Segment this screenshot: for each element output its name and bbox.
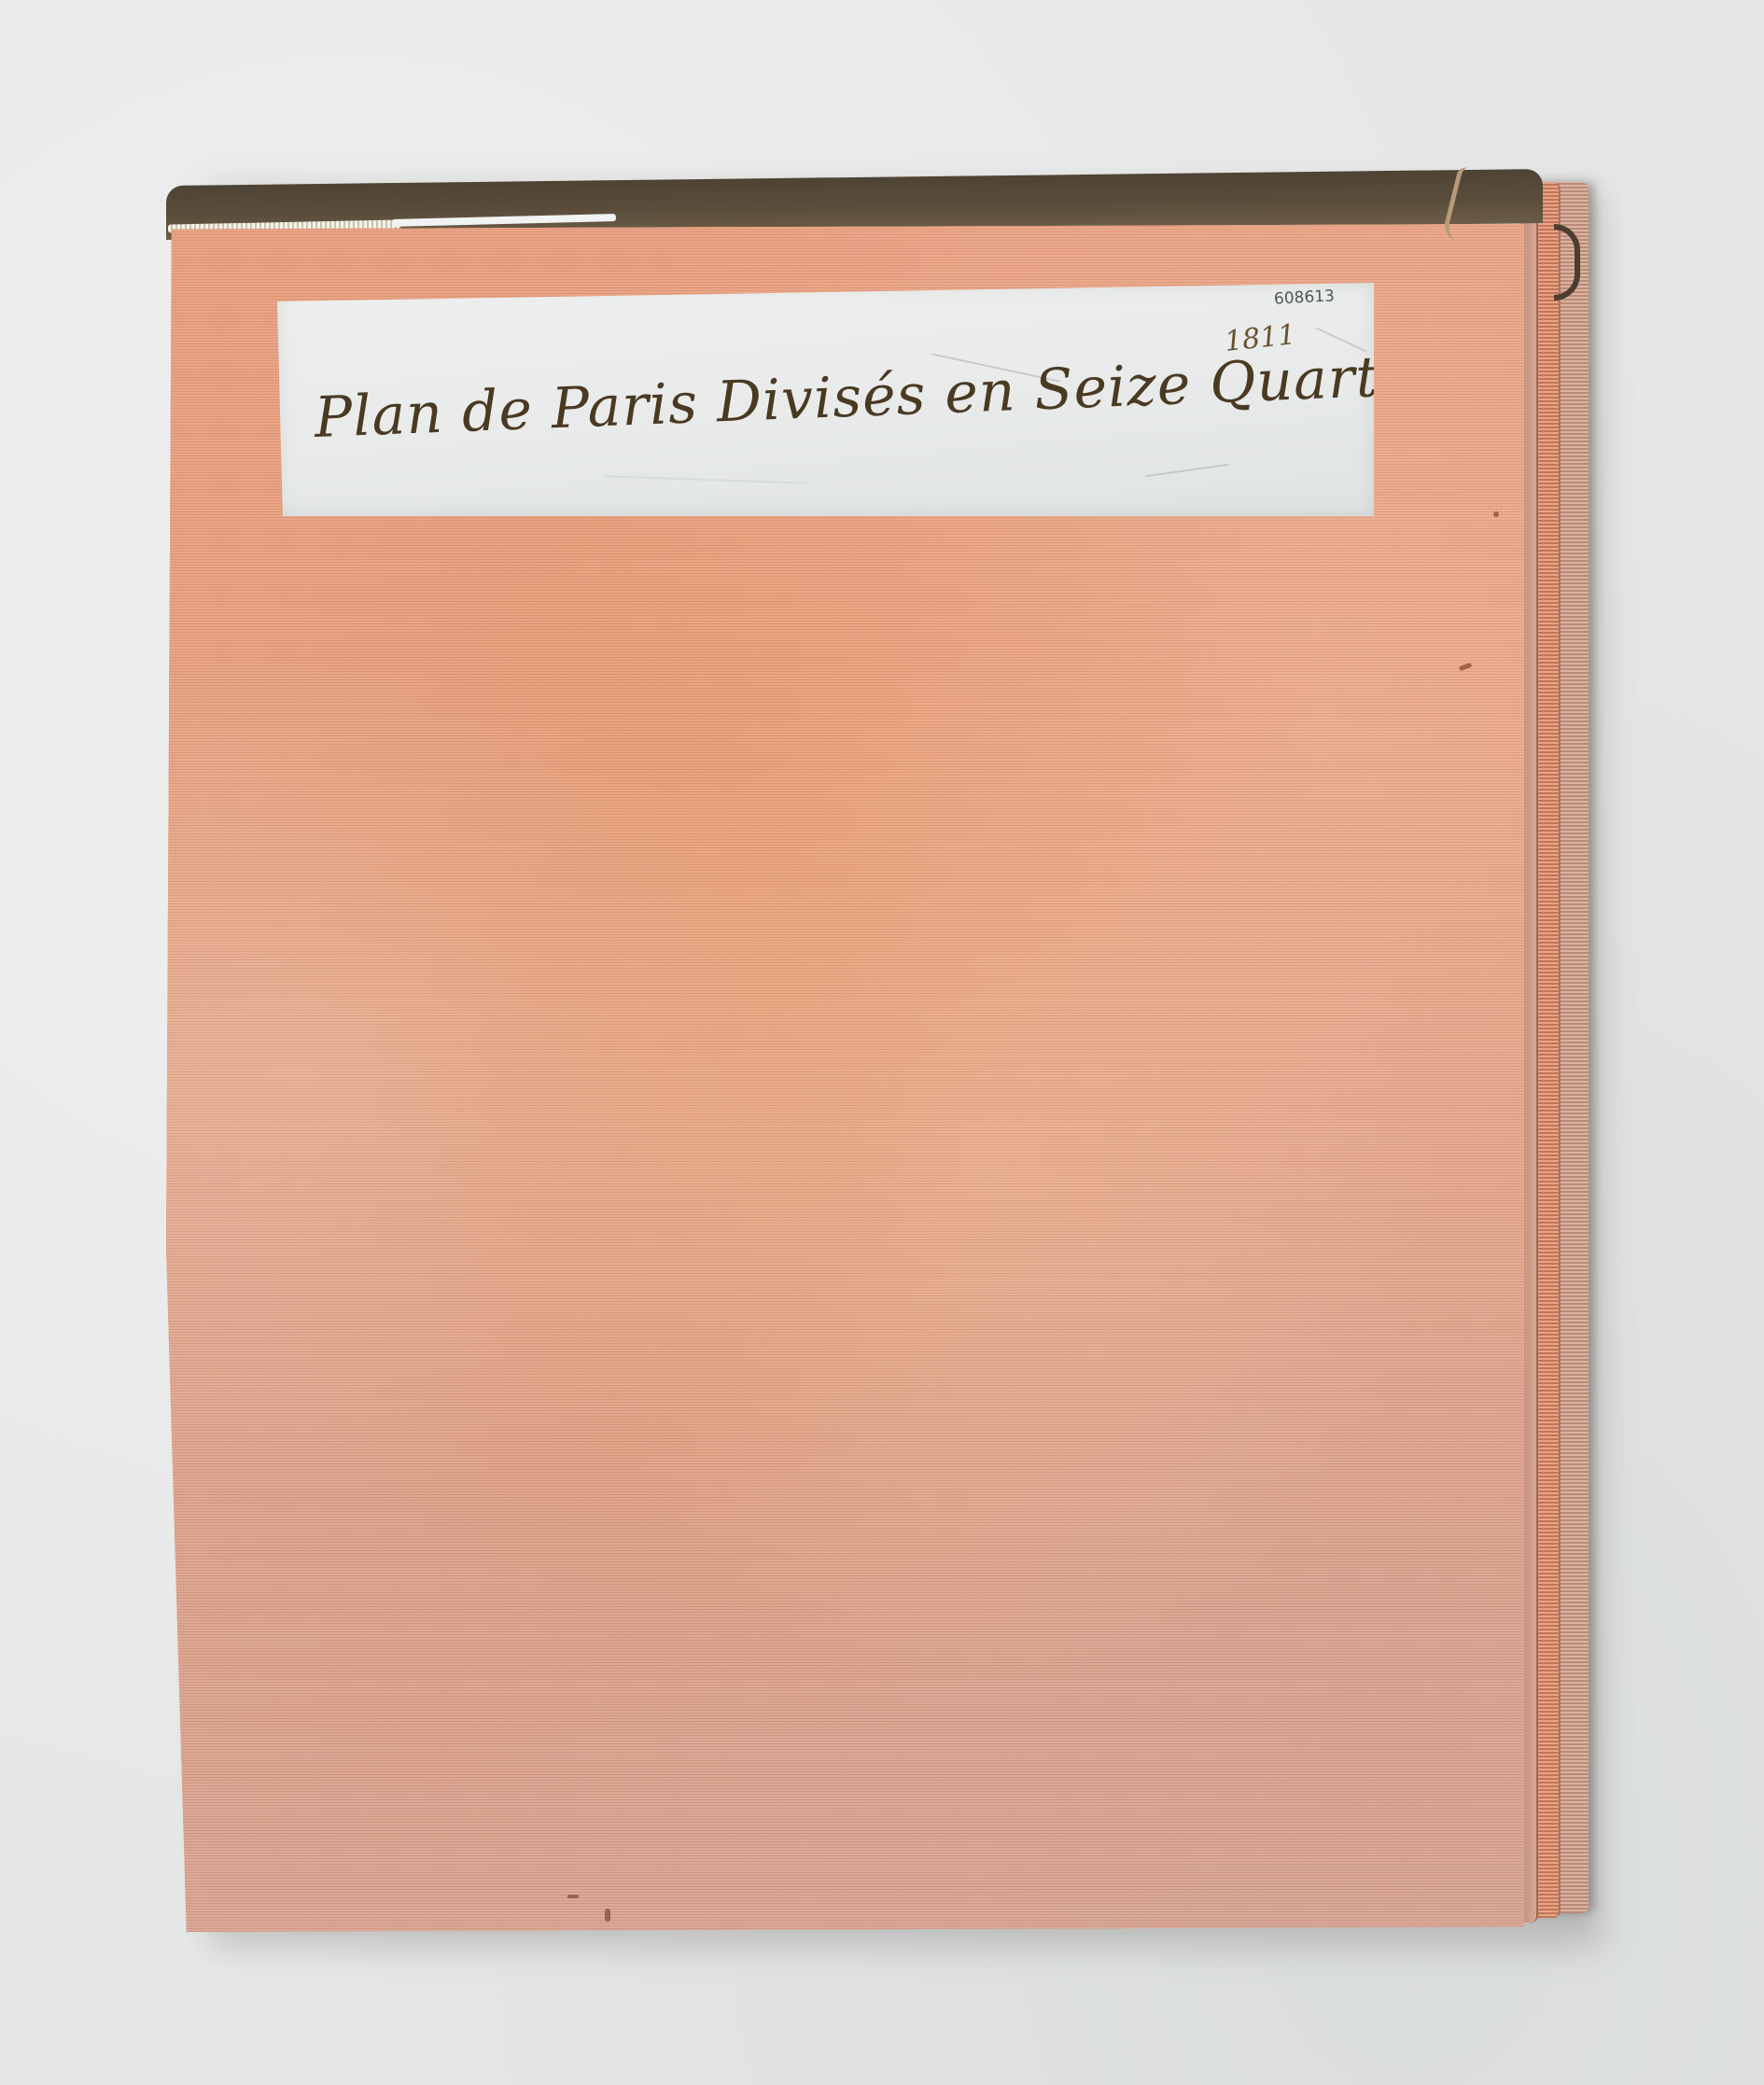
label-title: Plan de Paris Divisés en Seize Quartiers <box>314 341 1491 451</box>
label-crease <box>1145 464 1228 478</box>
label-crease <box>604 475 809 484</box>
cover-blemish <box>567 1895 579 1898</box>
title-label: 608613 1811 Plan de Paris Divisés en Sei… <box>277 283 1374 516</box>
cover-blemish <box>605 1909 610 1922</box>
shelfmark-number: 608613 <box>1274 287 1336 308</box>
cover-blemish <box>1493 511 1499 517</box>
portfolio: 608613 1811 Plan de Paris Divisés en Sei… <box>0 0 1764 2085</box>
